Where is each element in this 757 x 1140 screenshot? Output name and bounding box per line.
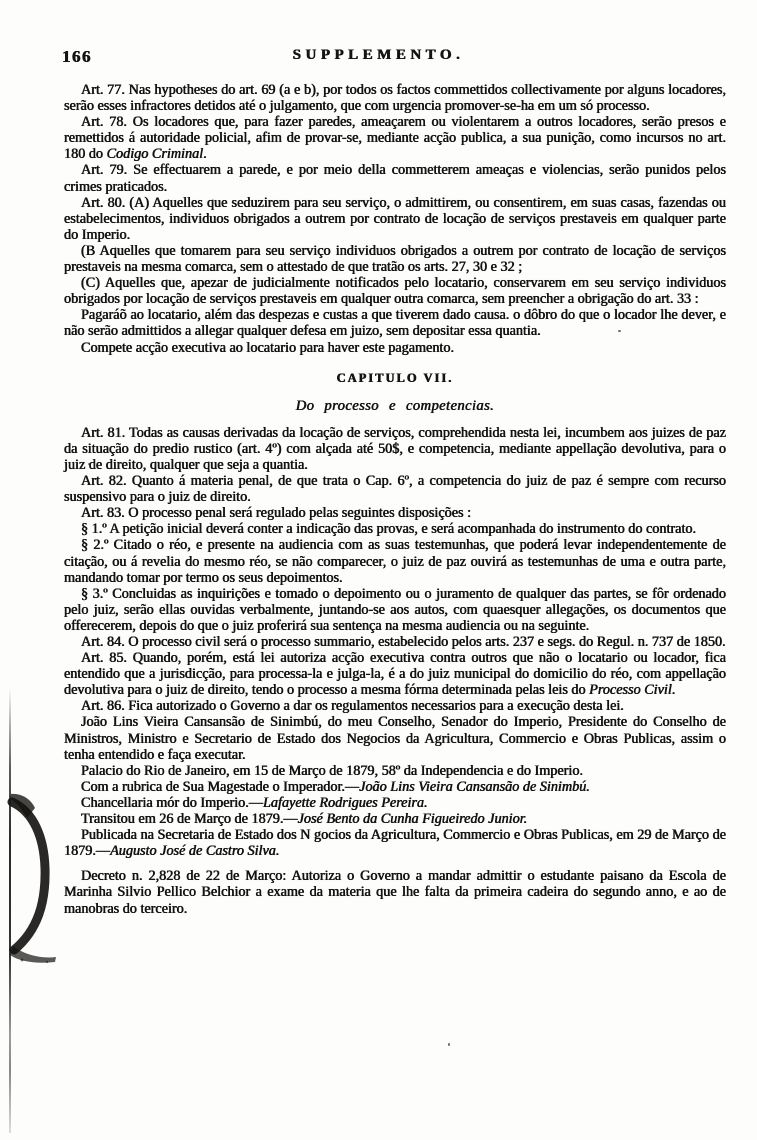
text-run: Pagaráõ ao locatario, além das despezas … — [64, 307, 726, 339]
text-run: § 2.º Citado o réo, e presente na audien… — [64, 537, 726, 585]
text-run: Lafayette Rodrigues Pereira. — [263, 795, 428, 811]
paragraph: (B Aquelles que tomarem para seu serviço… — [64, 243, 726, 275]
paragraph: Art. 86. Fica autorizado o Governo a dar… — [64, 698, 726, 714]
paragraph: Transitou em 26 de Março de 1879.—José B… — [64, 811, 726, 827]
paragraph: Palacio do Rio de Janeiro, em 15 de Març… — [64, 763, 726, 779]
text-run: Decreto n. 2,828 de 22 de Março: Autoriz… — [64, 868, 726, 916]
scanned-document-page: 166 SUPPLEMENTO. Art. 77. Nas hypotheses… — [0, 0, 757, 1140]
text-run: . — [672, 682, 676, 698]
paragraph: (C) Aquelles que, apezar de judicialment… — [64, 275, 726, 307]
paragraph: João Lins Vieira Cansansão de Sinimbú, d… — [64, 714, 726, 762]
paragraph: § 1.º A petição inicial deverá conter a … — [64, 521, 726, 537]
text-run: Com a rubrica de Sua Magestade o Imperad… — [81, 779, 359, 795]
paragraph: Decreto n. 2,828 de 22 de Março: Autoriz… — [64, 868, 726, 916]
text-run: Art. 83. O processo penal será regulado … — [81, 505, 471, 521]
text-run: Chancellaria mór do Imperio.— — [81, 795, 263, 811]
paragraph: Art. 81. Todas as causas derivadas da lo… — [64, 425, 726, 473]
paragraph: Art. 80. (A) Aquelles que seduzirem para… — [64, 195, 726, 243]
text-run: João Lins Vieira Cansansão de Sinimbú. — [359, 779, 590, 795]
text-run: (C) Aquelles que, apezar de judicialment… — [64, 275, 726, 307]
text-run: Art. 81. Todas as causas derivadas da lo… — [64, 425, 726, 473]
text-run: Art. 82. Quanto á materia penal, de que … — [64, 473, 726, 505]
scan-speck — [618, 330, 621, 332]
paragraph: § 3.º Concluidas as inquirições e tomado… — [64, 586, 726, 634]
chapter-heading: CAPITULO VII. — [64, 370, 726, 386]
paragraph: Art. 77. Nas hypotheses do art. 69 (a e … — [64, 82, 726, 114]
text-run: Processo Civil — [589, 682, 672, 698]
text-run: § 3.º Concluidas as inquirições e tomado… — [64, 586, 726, 634]
paragraph: Art. 84. O processo civil será o process… — [64, 634, 726, 650]
text-run: . — [203, 146, 207, 162]
text-run: Transitou em 26 de Março de 1879.— — [81, 811, 298, 827]
paragraph: Compete acção executiva ao locatario par… — [64, 340, 726, 356]
text-run: Codigo Criminal — [107, 146, 204, 162]
scan-speck — [448, 1043, 450, 1046]
binding-mark-artifact — [0, 680, 60, 980]
text-run: Art. 86. Fica autorizado o Governo a dar… — [81, 698, 624, 714]
paragraph: Art. 78. Os locadores que, para fazer pa… — [64, 114, 726, 162]
paragraph: Com a rubrica de Sua Magestade o Imperad… — [64, 779, 726, 795]
text-run: (B Aquelles que tomarem para seu serviço… — [64, 243, 726, 275]
text-run: Art. 79. Se effectuarem a parede, e por … — [64, 162, 726, 194]
text-run: Art. 80. (A) Aquelles que seduzirem para… — [64, 195, 726, 243]
section-subheading: Do processo e competencias. — [64, 398, 726, 414]
page-header: 166 SUPPLEMENTO. — [0, 45, 757, 69]
text-run: João Lins Vieira Cansansão de Sinimbú, d… — [64, 714, 726, 762]
text-run: José Bento da Cunha Figueiredo Junior. — [298, 811, 528, 827]
paragraph: Chancellaria mór do Imperio.—Lafayette R… — [64, 795, 726, 811]
paragraph: Art. 79. Se effectuarem a parede, e por … — [64, 162, 726, 194]
text-run: Palacio do Rio de Janeiro, em 15 de Març… — [81, 763, 583, 779]
paragraph: Publicada na Secretaria de Estado dos N … — [64, 827, 726, 859]
text-run: Augusto José de Castro Silva. — [110, 843, 279, 859]
paragraph: Pagaráõ ao locatario, além das despezas … — [64, 307, 726, 339]
text-run: Compete acção executiva ao locatario par… — [81, 340, 454, 356]
page-title: SUPPLEMENTO. — [0, 47, 757, 64]
text-run: § 1.º A petição inicial deverá conter a … — [81, 521, 696, 537]
scan-speck — [88, 463, 90, 465]
paragraph: Art. 82. Quanto á materia penal, de que … — [64, 473, 726, 505]
paragraph: Art. 83. O processo penal será regulado … — [64, 505, 726, 521]
paragraph: § 2.º Citado o réo, e presente na audien… — [64, 537, 726, 585]
text-run: Art. 77. Nas hypotheses do art. 69 (a e … — [64, 82, 726, 114]
paragraph: Art. 85. Quando, porém, está lei autoriz… — [64, 650, 726, 698]
text-run: Art. 84. O processo civil será o process… — [81, 634, 726, 650]
text-column: Art. 77. Nas hypotheses do art. 69 (a e … — [64, 82, 726, 917]
